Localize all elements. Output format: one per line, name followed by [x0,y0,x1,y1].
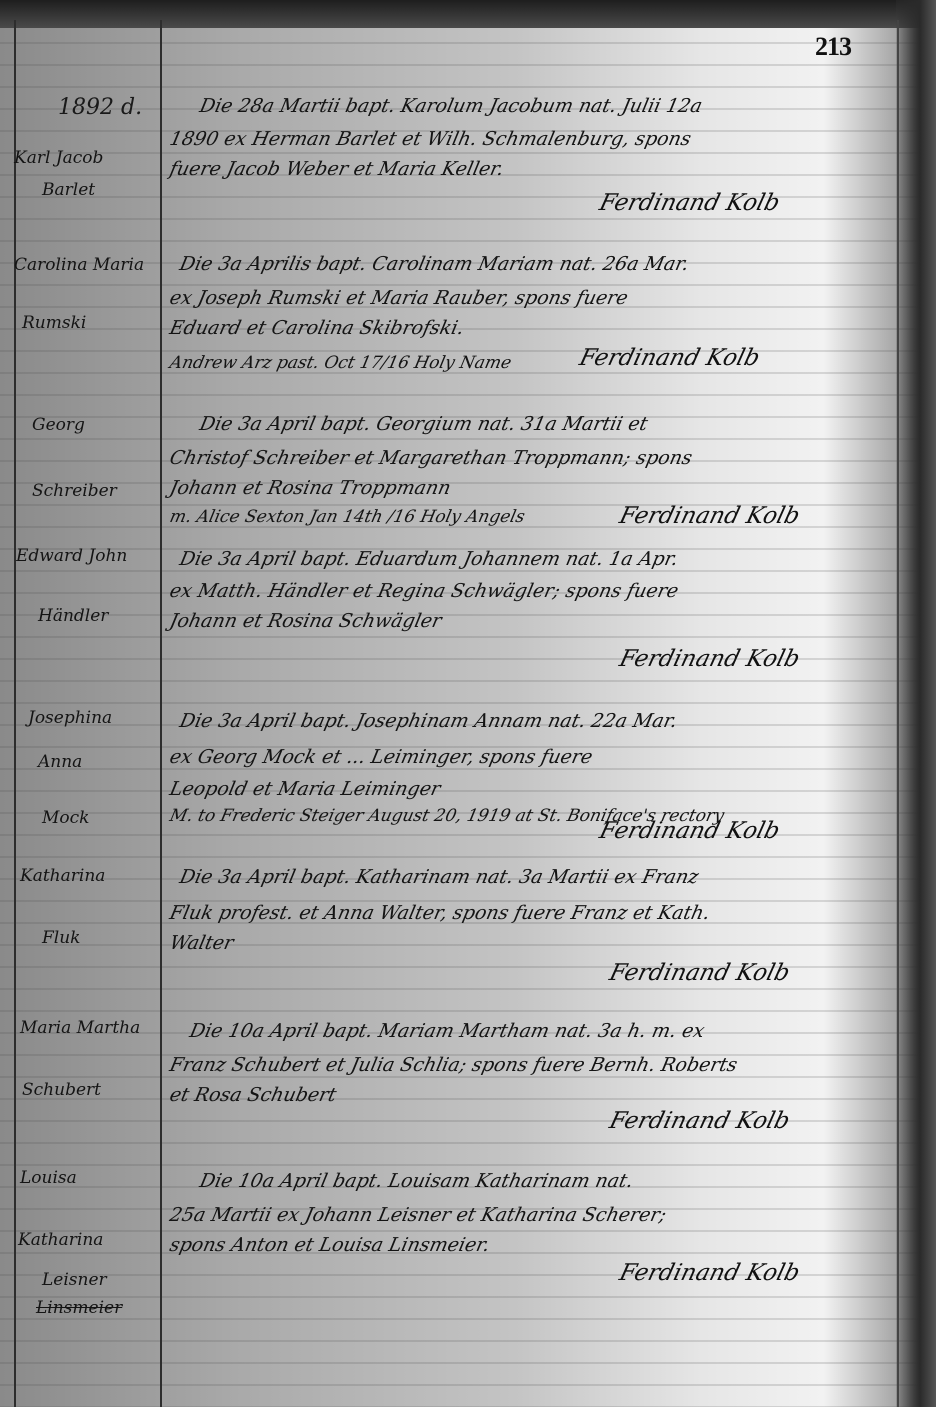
annotation: m. Alice Sexton Jan 14th /16 Holy Angels [168,507,527,527]
page-number: 213 [815,32,851,62]
year-heading: 1892 d. [58,95,142,120]
priest-signature: Ferdinand Kolb [617,503,803,529]
priest-signature: Ferdinand Kolb [607,960,793,986]
scan-binding-edge [896,0,936,1407]
priest-signature: Ferdinand Kolb [597,190,783,216]
priest-signature: Ferdinand Kolb [617,646,803,672]
register-page: 213 1892 d. Karl Jacob Barlet Die 28a Ma… [0,0,936,1407]
scan-top-edge [0,0,936,28]
name-column-rule [160,20,162,1407]
priest-signature: Ferdinand Kolb [607,1108,793,1134]
surname-correction: Leisner [42,1272,107,1289]
priest-signature: Ferdinand Kolb [597,818,783,844]
margin-rule [14,20,16,1407]
priest-signature: Ferdinand Kolb [577,345,763,371]
right-margin-rule [897,20,899,1407]
annotation: Andrew Arz past. Oct 17/16 Holy Name [168,353,513,373]
struck-surname: Linsmeier [36,1300,122,1317]
priest-signature: Ferdinand Kolb [617,1260,803,1286]
